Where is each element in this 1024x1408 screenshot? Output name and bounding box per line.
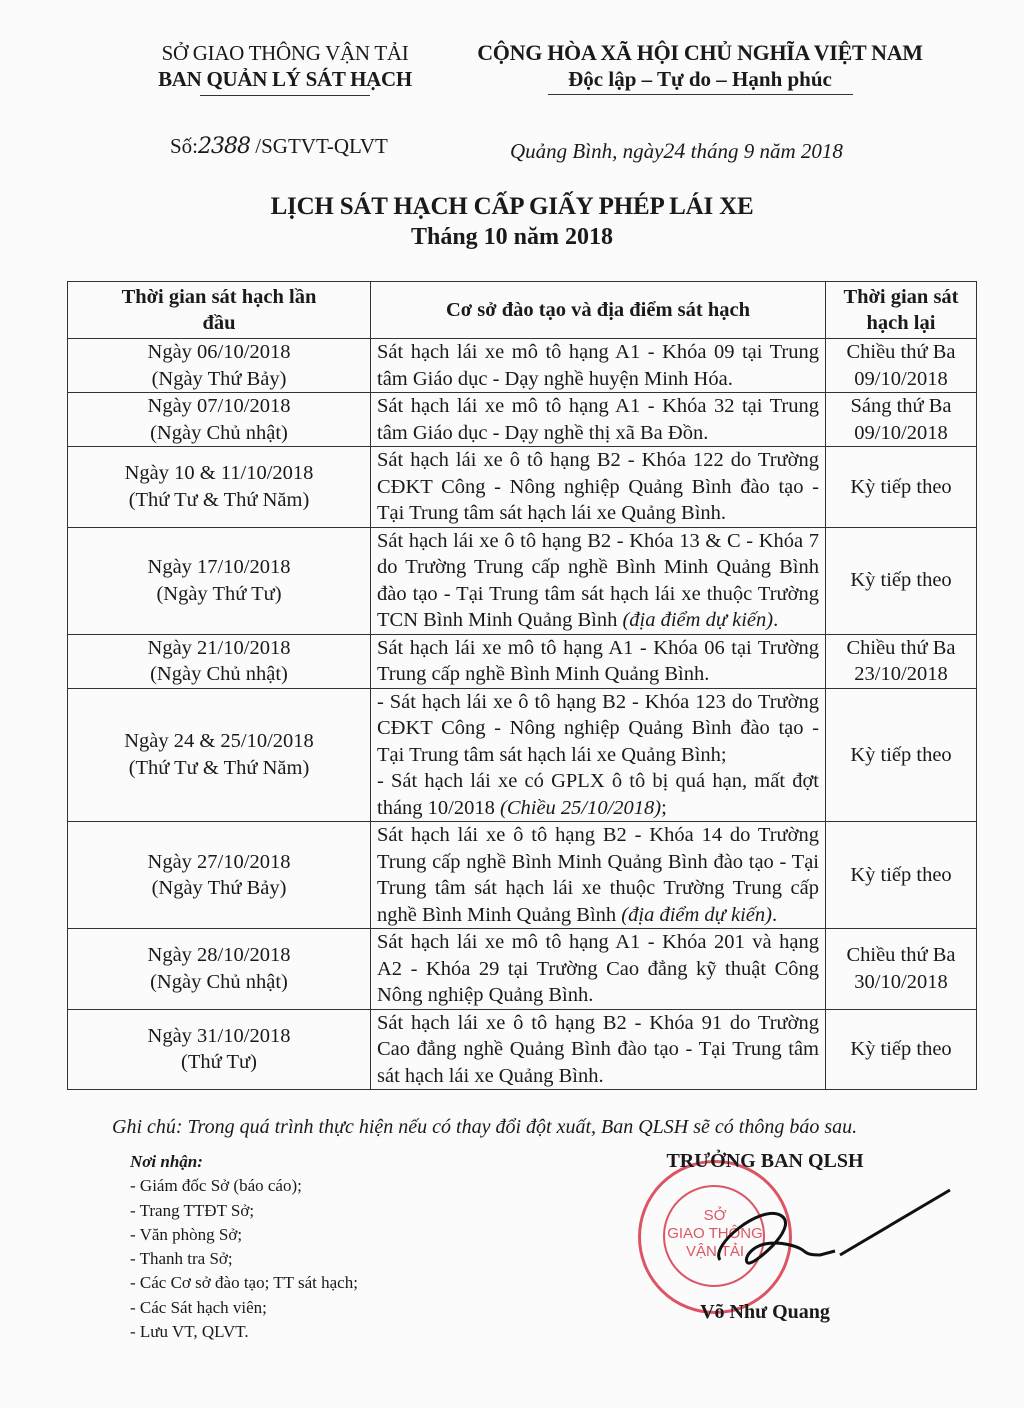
header-first-exam: Thời gian sát hạch lần đầu: [68, 282, 371, 339]
agency-name: SỞ GIAO THÔNG VẬN TẢI: [120, 40, 450, 66]
title-line2: Tháng 10 năm 2018: [0, 222, 1024, 252]
agency-department: BAN QUẢN LÝ SÁT HẠCH: [120, 66, 450, 92]
header-facility: Cơ sở đào tạo và địa điểm sát hạch: [371, 282, 826, 339]
document-title: LỊCH SÁT HẠCH CẤP GIẤY PHÉP LÁI XE Tháng…: [0, 192, 1024, 252]
first-exam-date: Ngày 21/10/2018(Ngày Chủ nhật): [68, 634, 371, 688]
recipient-item: - Giám đốc Sở (báo cáo);: [130, 1174, 358, 1198]
handwritten-number: 2388: [198, 134, 250, 159]
table-header-row: Thời gian sát hạch lần đầu Cơ sở đào tạo…: [68, 282, 977, 339]
divider: [200, 95, 370, 96]
first-exam-date: Ngày 28/10/2018(Ngày Chủ nhật): [68, 929, 371, 1010]
retest-time: Kỳ tiếp theo: [826, 1009, 977, 1090]
retest-time: Sáng thứ Ba 09/10/2018: [826, 393, 977, 447]
first-exam-date: Ngày 10 & 11/10/2018(Thứ Tư & Thứ Năm): [68, 447, 371, 528]
retest-time: Chiều thứ Ba 30/10/2018: [826, 929, 977, 1010]
recipient-item: - Lưu VT, QLVT.: [130, 1320, 358, 1344]
place-date: Quảng Bình, ngày24 tháng 9 năm 2018: [510, 138, 843, 164]
exam-description: Sát hạch lái xe ô tô hạng B2 - Khóa 122 …: [371, 447, 826, 528]
first-exam-date: Ngày 06/10/2018(Ngày Thứ Bảy): [68, 339, 371, 393]
retest-time: Kỳ tiếp theo: [826, 447, 977, 528]
table-row: Ngày 06/10/2018(Ngày Thứ Bảy)Sát hạch lá…: [68, 339, 977, 393]
recipient-item: - Các Sát hạch viên;: [130, 1296, 358, 1320]
exam-description: Sát hạch lái xe mô tô hạng A1 - Khóa 06 …: [371, 634, 826, 688]
first-exam-date: Ngày 27/10/2018(Ngày Thứ Bảy): [68, 822, 371, 929]
recipients-heading: Nơi nhận:: [130, 1150, 358, 1174]
table-row: Ngày 28/10/2018(Ngày Chủ nhật)Sát hạch l…: [68, 929, 977, 1010]
schedule-table: Thời gian sát hạch lần đầu Cơ sở đào tạo…: [67, 281, 977, 1090]
divider: [548, 94, 853, 95]
exam-description: - Sát hạch lái xe ô tô hạng B2 - Khóa 12…: [371, 688, 826, 822]
signer-name: Võ Như Quang: [640, 1301, 890, 1324]
recipient-item: - Văn phòng Sở;: [130, 1223, 358, 1247]
recipient-item: - Các Cơ sở đào tạo; TT sát hạch;: [130, 1271, 358, 1295]
agency-header: SỞ GIAO THÔNG VẬN TẢI BAN QUẢN LÝ SÁT HẠ…: [120, 40, 450, 96]
retest-time: Kỳ tiếp theo: [826, 688, 977, 822]
exam-description: Sát hạch lái xe ô tô hạng B2 - Khóa 14 d…: [371, 822, 826, 929]
exam-description: Sát hạch lái xe ô tô hạng B2 - Khóa 91 d…: [371, 1009, 826, 1090]
table-row: Ngày 21/10/2018(Ngày Chủ nhật)Sát hạch l…: [68, 634, 977, 688]
retest-time: Chiều thứ Ba 09/10/2018: [826, 339, 977, 393]
title-line1: LỊCH SÁT HẠCH CẤP GIẤY PHÉP LÁI XE: [0, 192, 1024, 222]
retest-time: Kỳ tiếp theo: [826, 822, 977, 929]
note: Ghi chú: Trong quá trình thực hiện nếu c…: [112, 1116, 857, 1139]
exam-description: Sát hạch lái xe mô tô hạng A1 - Khóa 32 …: [371, 393, 826, 447]
table-row: Ngày 10 & 11/10/2018(Thứ Tư & Thứ Năm)Sá…: [68, 447, 977, 528]
exam-description: Sát hạch lái xe mô tô hạng A1 - Khóa 201…: [371, 929, 826, 1010]
nation-name: CỘNG HÒA XÃ HỘI CHỦ NGHĨA VIỆT NAM: [440, 40, 960, 66]
recipients: Nơi nhận: - Giám đốc Sở (báo cáo);- Tran…: [130, 1150, 358, 1344]
table-row: Ngày 27/10/2018(Ngày Thứ Bảy)Sát hạch lá…: [68, 822, 977, 929]
national-header: CỘNG HÒA XÃ HỘI CHỦ NGHĨA VIỆT NAM Độc l…: [440, 40, 960, 95]
document-number: Số:2388 /SGTVT-QLVT: [170, 134, 388, 159]
table-row: Ngày 31/10/2018(Thứ Tư)Sát hạch lái xe ô…: [68, 1009, 977, 1090]
doc-number-suffix: /SGTVT-QLVT: [250, 134, 388, 158]
table-row: Ngày 07/10/2018(Ngày Chủ nhật)Sát hạch l…: [68, 393, 977, 447]
exam-description: Sát hạch lái xe ô tô hạng B2 - Khóa 13 &…: [371, 527, 826, 634]
signer-role: TRƯỞNG BAN QLSH: [640, 1150, 890, 1173]
signature-block: TRƯỞNG BAN QLSH Võ Như Quang: [640, 1150, 890, 1324]
header-retest: Thời gian sát hạch lại: [826, 282, 977, 339]
recipient-item: - Trang TTĐT Sở;: [130, 1199, 358, 1223]
place-prefix: Quảng Bình, ngày: [510, 139, 663, 163]
handwritten-day: 24: [663, 138, 685, 163]
doc-number-label: Số:: [170, 134, 198, 158]
first-exam-date: Ngày 24 & 25/10/2018(Thứ Tư & Thứ Năm): [68, 688, 371, 822]
first-exam-date: Ngày 31/10/2018(Thứ Tư): [68, 1009, 371, 1090]
retest-time: Chiều thứ Ba 23/10/2018: [826, 634, 977, 688]
retest-time: Kỳ tiếp theo: [826, 527, 977, 634]
table-row: Ngày 17/10/2018(Ngày Thứ Tư)Sát hạch lái…: [68, 527, 977, 634]
first-exam-date: Ngày 07/10/2018(Ngày Chủ nhật): [68, 393, 371, 447]
recipient-item: - Thanh tra Sở;: [130, 1247, 358, 1271]
first-exam-date: Ngày 17/10/2018(Ngày Thứ Tư): [68, 527, 371, 634]
nation-motto: Độc lập – Tự do – Hạnh phúc: [440, 66, 960, 92]
place-suffix: tháng 9 năm 2018: [685, 139, 843, 163]
table-row: Ngày 24 & 25/10/2018(Thứ Tư & Thứ Năm)- …: [68, 688, 977, 822]
exam-description: Sát hạch lái xe mô tô hạng A1 - Khóa 09 …: [371, 339, 826, 393]
